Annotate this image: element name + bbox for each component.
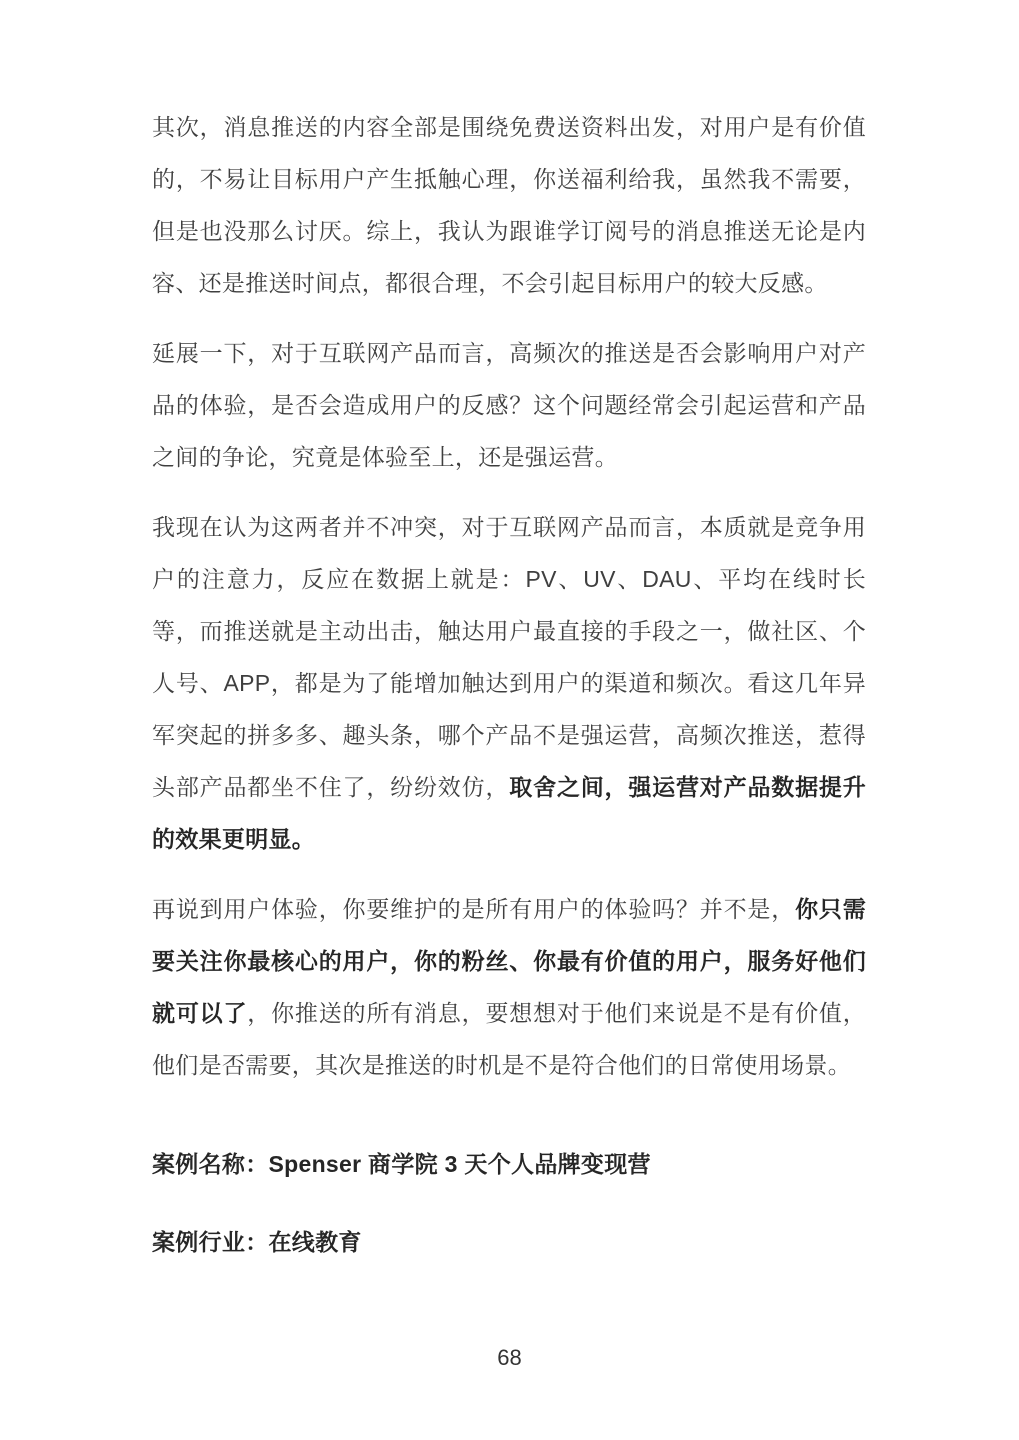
case-name-heading: 案例名称：Spenser 商学院 3 天个人品牌变现营 xyxy=(152,1138,866,1190)
paragraph-text: 我现在认为这两者并不冲突，对于互联网产品而言，本质就是竞争用户的注意力，反应在数… xyxy=(152,514,866,800)
document-page: 其次，消息推送的内容全部是围绕免费送资料出发，对用户是有价值的，不易让目标用户产… xyxy=(0,0,1019,1440)
case-industry-heading: 案例行业：在线教育 xyxy=(152,1216,866,1268)
document-content: 其次，消息推送的内容全部是围绕免费送资料出发，对用户是有价值的，不易让目标用户产… xyxy=(152,101,866,1268)
page-number: 68 xyxy=(0,1343,1019,1373)
paragraph-operations-vs-experience: 我现在认为这两者并不冲突，对于互联网产品而言，本质就是竞争用户的注意力，反应在数… xyxy=(152,501,866,865)
paragraph-text: 延展一下，对于互联网产品而言，高频次的推送是否会影响用户对产品的体验，是否会造成… xyxy=(152,340,866,470)
paragraph-push-content-value: 其次，消息推送的内容全部是围绕免费送资料出发，对用户是有价值的，不易让目标用户产… xyxy=(152,101,866,309)
paragraph-text: 其次，消息推送的内容全部是围绕免费送资料出发，对用户是有价值的，不易让目标用户产… xyxy=(152,114,866,296)
paragraph-core-users: 再说到用户体验，你要维护的是所有用户的体验吗？并不是，你只需要关注你最核心的用户… xyxy=(152,883,866,1091)
paragraph-text: 再说到用户体验，你要维护的是所有用户的体验吗？并不是， xyxy=(152,896,795,922)
paragraph-push-frequency-question: 延展一下，对于互联网产品而言，高频次的推送是否会影响用户对产品的体验，是否会造成… xyxy=(152,327,866,483)
paragraph-text: ，你推送的所有消息，要想想对于他们来说是不是有价值，他们是否需要，其次是推送的时… xyxy=(152,1000,866,1078)
